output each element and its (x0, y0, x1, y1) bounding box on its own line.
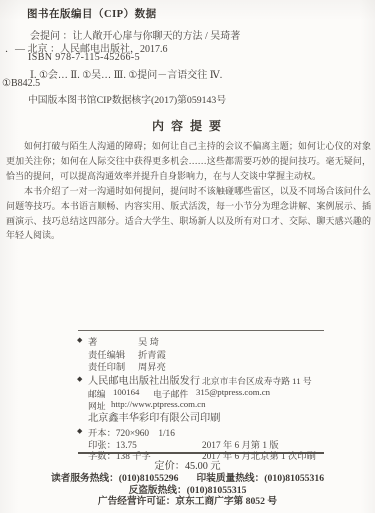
diamond-bullet-icon: ◆ (77, 375, 82, 383)
colophon-top-rule (78, 330, 324, 331)
summary-body: 如何打破与陌生人沟通的障碍；如何让自己主持的会议不偏离主题；如何让心仪的对象更加… (6, 139, 371, 243)
isbn-line: ISBN 978-7-115-45266-5 (28, 52, 140, 63)
summary-heading: 内 容 提 要 (0, 117, 375, 134)
diamond-bullet-icon: ◆ (77, 427, 82, 435)
ad-license-line: 广告经营许可证：京东工商广字第 8052 号 (0, 493, 375, 507)
diamond-bullet-icon: ◆ (77, 336, 82, 344)
summary-paragraph-2: 本书介绍了一对一沟通时如何提问，提问时不该触碰哪些雷区，以及不同场合该问什么问题… (6, 184, 371, 244)
cip-record-number: 中国版本图书馆CIP数据核字(2017)第059143号 (28, 92, 226, 106)
cip-classification-line-1: Ⅰ. ①会… Ⅱ. ①吴… Ⅲ. ①提问－言语交往 Ⅳ. (30, 66, 222, 81)
colophon-bottom-rule (78, 452, 324, 454)
printer-value: 周昇亮 (138, 359, 166, 373)
email-value: 315@ptpress.com.cn (196, 387, 270, 397)
author-value: 吴 琦 (138, 334, 159, 348)
publisher-line: 人民邮电出版社出版发行 (88, 372, 200, 387)
cip-classification-line-2: ①B842.5 (2, 78, 40, 89)
book-copyright-page: 图书在版编目（CIP）数据 会提问 ：让人敞开心扉与你聊天的方法 / 吴琦著 ．… (0, 0, 375, 513)
publisher-address: 北京市丰台区成寿寺路 11 号 (202, 374, 312, 387)
author-label: 著 (88, 334, 97, 348)
printer-label: 责任印制 (88, 359, 125, 373)
postcode-value: 100164 (113, 387, 139, 397)
website-value: http://www.ptpress.com.cn (111, 399, 205, 409)
cip-header: 图书在版编目（CIP）数据 (27, 6, 157, 21)
print-company-line: 北京鑫丰华彩印有限公司印刷 (88, 409, 220, 424)
summary-paragraph-1: 如何打破与陌生人沟通的障碍；如何让自己主持的会议不偏离主题；如何让心仪的对象更加… (6, 139, 371, 184)
